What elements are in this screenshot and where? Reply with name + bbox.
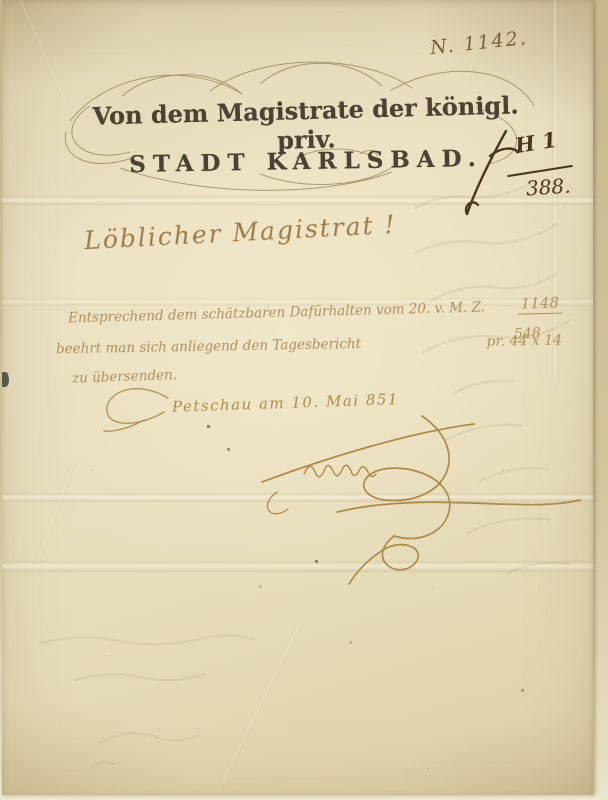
ghost-writing-marks bbox=[30, 618, 260, 783]
fold-crease bbox=[36, 451, 79, 560]
scanned-letter-page: { "page": { "ref_number": "N. 1142.", "l… bbox=[0, 0, 608, 800]
body-line2-text: beehrt man sich anliegend den Tagesberic… bbox=[56, 336, 361, 357]
paper-speckles bbox=[2, 0, 3, 1]
dateline-flourish bbox=[100, 384, 174, 434]
bleed-through-marks bbox=[414, 172, 596, 632]
edge-notch bbox=[2, 372, 9, 387]
salutation: Löblicher Magistrat ! bbox=[83, 210, 397, 255]
paper-sheet: N. 1142. Von dem Magistrate der königl. … bbox=[2, 0, 593, 795]
